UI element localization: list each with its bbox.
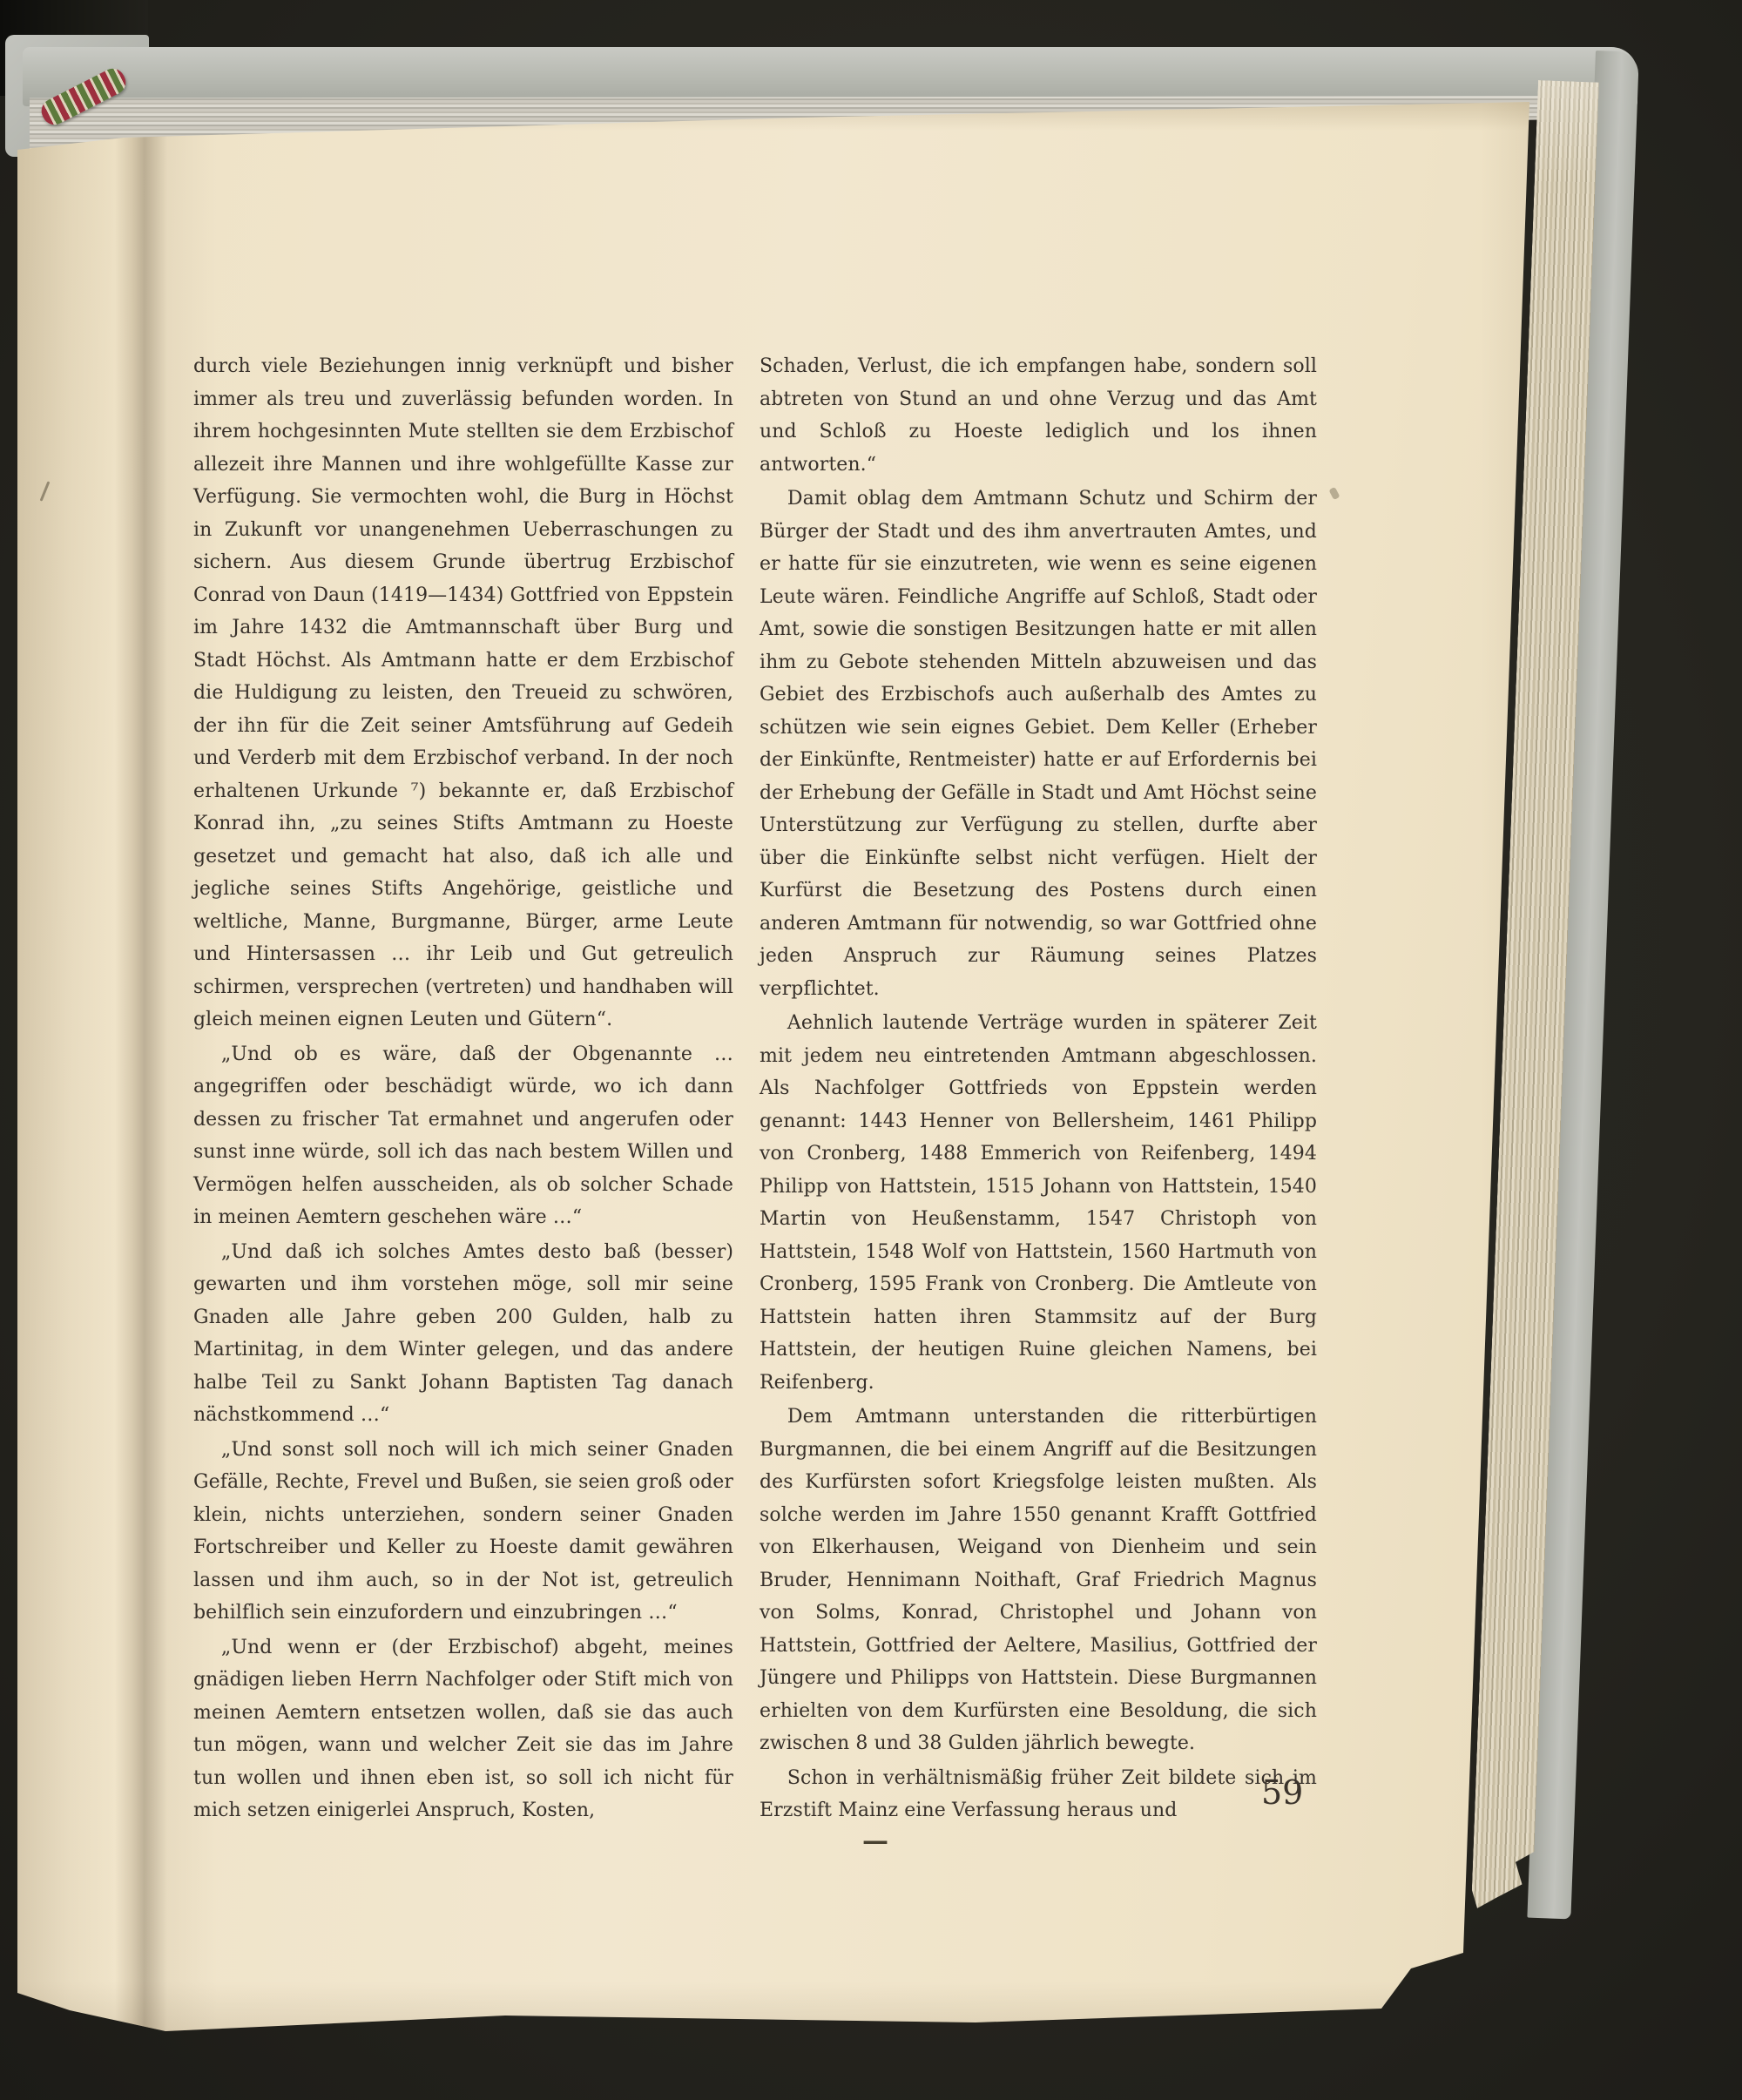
paragraph: Schaden, Verlust, die ich empfangen habe…	[760, 350, 1317, 481]
paragraph: Damit oblag dem Amtmann Schutz und Schir…	[760, 483, 1317, 1005]
book-photo: durch viele Beziehungen innig verknüpft …	[0, 0, 1742, 2100]
text-column-right: Schaden, Verlust, die ich empfangen habe…	[760, 350, 1317, 1847]
paragraph: „Und wenn er (der Erzbischof) abgeht, me…	[193, 1631, 733, 1827]
paragraph: Schon in verhältnismäßig früher Zeit bil…	[760, 1762, 1317, 1827]
paragraph: Dem Amtmann unterstanden die ritterbürti…	[760, 1401, 1317, 1760]
text-column-left: durch viele Beziehungen innig verknüpft …	[193, 350, 733, 1829]
signature-mark: —	[862, 1836, 1317, 1847]
paragraph: durch viele Beziehungen innig verknüpft …	[193, 350, 733, 1036]
paragraph: Aehnlich lautende Verträge wurden in spä…	[760, 1007, 1317, 1399]
paragraph: „Und ob es wäre, daß der Obgenannte … an…	[193, 1038, 733, 1234]
page-number: 59	[1261, 1773, 1303, 1812]
paragraph: „Und sonst soll noch will ich mich seine…	[193, 1434, 733, 1630]
paragraph: „Und daß ich solches Amtes desto baß (be…	[193, 1236, 733, 1432]
